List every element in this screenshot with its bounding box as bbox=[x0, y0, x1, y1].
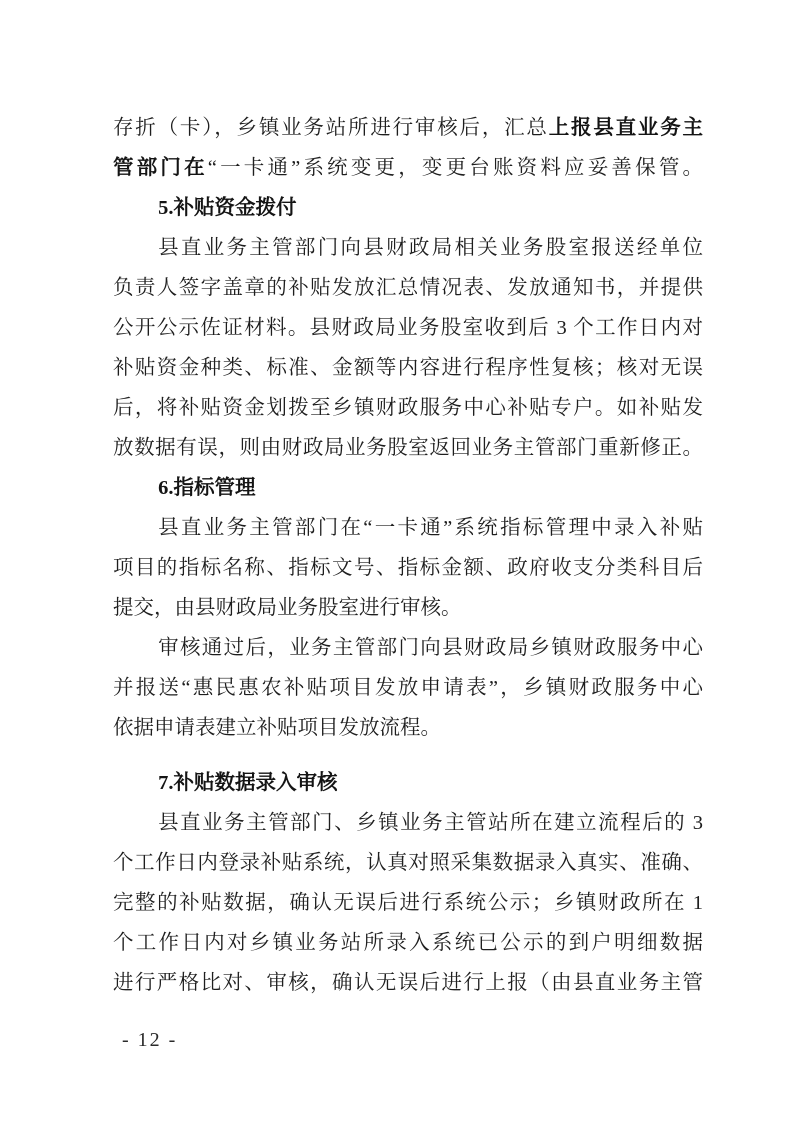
body-line: 进行严格比对、审核，确认无误后进行上报（由县直业务主管 bbox=[113, 963, 703, 1003]
body-line: 个工作日内对乡镇业务站所录入系统已公示的到户明细数据 bbox=[113, 923, 703, 963]
body-line: 项目的指标名称、指标文号、指标金额、政府收支分类科目后 bbox=[113, 548, 703, 588]
body-line: 审核通过后，业务主管部门向县财政局乡镇财政服务中心 bbox=[113, 628, 703, 668]
body-line: 县直业务主管部门、乡镇业务主管站所在建立流程后的 3 bbox=[113, 803, 703, 843]
body-line: 放数据有误，则由财政局业务股室返回业务主管部门重新修正。 bbox=[113, 428, 703, 468]
body-line: 县直业务主管部门在“一卡通”系统指标管理中录入补贴 bbox=[113, 508, 703, 548]
body-text: “一卡通”系统变更，变更台账资料应妥善保管。 bbox=[208, 157, 703, 179]
section-heading-7: 7.补贴数据录入审核 bbox=[113, 763, 703, 803]
body-line: 存折（卡），乡镇业务站所进行审核后，汇总上报县直业务主 bbox=[113, 108, 703, 148]
page-number: - 12 - bbox=[122, 1026, 177, 1054]
bold-text: 管部门在 bbox=[113, 157, 208, 179]
body-line: 负责人签字盖章的补贴发放汇总情况表、发放通知书，并提供 bbox=[113, 268, 703, 308]
body-line: 管部门在“一卡通”系统变更，变更台账资料应妥善保管。 bbox=[113, 148, 703, 188]
bold-text: 上报县直业务主 bbox=[549, 117, 703, 139]
document-page: 存折（卡），乡镇业务站所进行审核后，汇总上报县直业务主 管部门在“一卡通”系统变… bbox=[0, 0, 793, 1121]
body-line: 依据申请表建立补贴项目发放流程。 bbox=[113, 708, 703, 748]
body-line: 个工作日内登录补贴系统，认真对照采集数据录入真实、准确、 bbox=[113, 843, 703, 883]
text-block: 存折（卡），乡镇业务站所进行审核后，汇总上报县直业务主 管部门在“一卡通”系统变… bbox=[113, 108, 703, 1003]
body-line: 县直业务主管部门向县财政局相关业务股室报送经单位 bbox=[113, 228, 703, 268]
body-line: 完整的补贴数据，确认无误后进行系统公示；乡镇财政所在 1 bbox=[113, 883, 703, 923]
section-heading-6: 6.指标管理 bbox=[113, 468, 703, 508]
body-line: 后，将补贴资金划拨至乡镇财政服务中心补贴专户。如补贴发 bbox=[113, 388, 703, 428]
body-line: 补贴资金种类、标准、金额等内容进行程序性复核；核对无误 bbox=[113, 348, 703, 388]
body-line: 提交，由县财政局业务股室进行审核。 bbox=[113, 588, 703, 628]
body-line: 公开公示佐证材料。县财政局业务股室收到后 3 个工作日内对 bbox=[113, 308, 703, 348]
body-line: 并报送“惠民惠农补贴项目发放申请表”，乡镇财政服务中心 bbox=[113, 668, 703, 708]
section-heading-5: 5.补贴资金拨付 bbox=[113, 188, 703, 228]
body-text: 存折（卡），乡镇业务站所进行审核后，汇总 bbox=[113, 117, 549, 139]
